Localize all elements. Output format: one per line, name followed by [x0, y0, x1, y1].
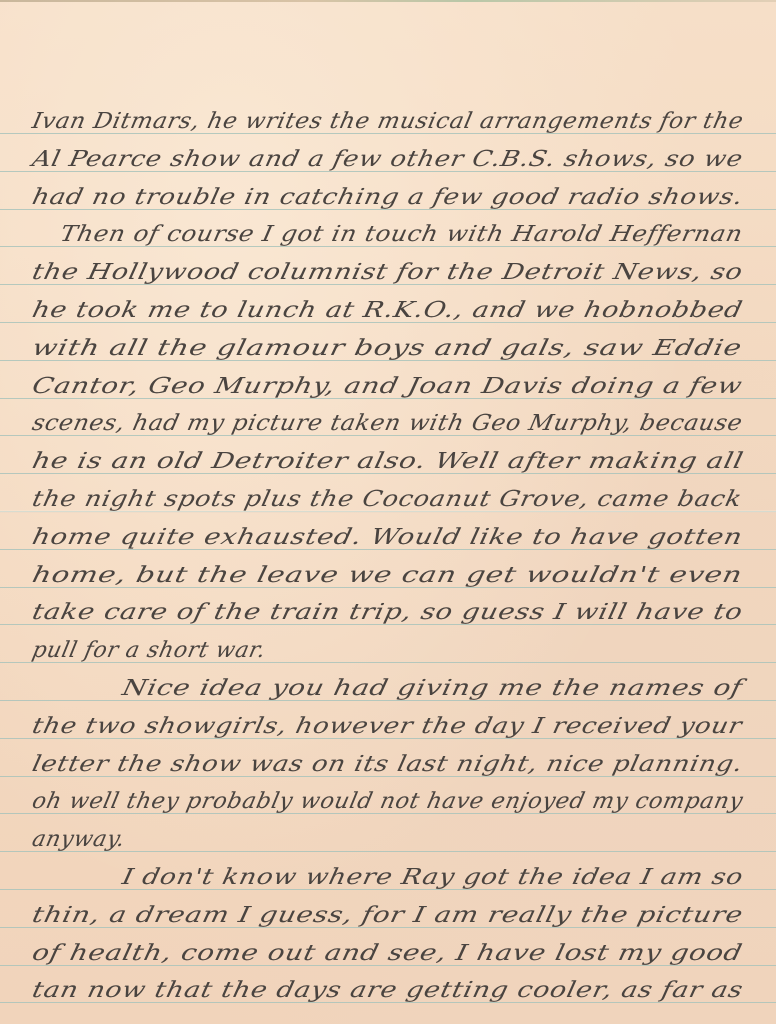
handwritten-line: pull for a short war. [30, 640, 268, 662]
handwritten-line: Al Pearce show and a few other C.B.S. sh… [30, 149, 745, 171]
handwritten-line: the two showgirls, however the day I rec… [30, 716, 744, 738]
handwritten-line: oh well they probably would not have enj… [30, 791, 745, 813]
handwritten-line: Cantor, Geo Murphy, and Joan Davis doing… [30, 376, 744, 398]
handwritten-line: the Hollywood columnist for the Detroit … [30, 262, 745, 284]
handwritten-line: take care of the train trip, so guess I … [30, 602, 745, 624]
handwritten-line: tan now that the days are getting cooler… [30, 980, 745, 1002]
handwritten-line: of health, come out and see, I have lost… [30, 943, 744, 965]
handwritten-line: letter the show was on its last night, n… [30, 754, 745, 776]
handwritten-line: Nice idea you had giving me the names of [120, 678, 744, 700]
handwritten-line: scenes, had my picture taken with Geo Mu… [30, 413, 744, 435]
handwritten-line: I don't know where Ray got the idea I am… [120, 867, 745, 889]
handwritten-line: he is an old Detroiter also. Well after … [30, 451, 745, 473]
handwritten-line: had no trouble in catching a few good ra… [30, 187, 745, 209]
handwritten-line: home quite exhausted. Would like to have… [30, 527, 744, 549]
handwritten-line: home, but the leave we can get wouldn't … [30, 565, 744, 587]
handwritten-line: Ivan Ditmars, he writes the musical arra… [30, 111, 745, 133]
handwritten-line: he took me to lunch at R.K.O., and we ho… [30, 300, 745, 322]
handwritten-line: with all the glamour boys and gals, saw … [30, 338, 744, 360]
handwritten-line: anyway. [30, 829, 127, 851]
handwritten-line: Then of course I got in touch with Harol… [58, 224, 745, 246]
handwritten-line: thin, a dream I guess, for I am really t… [30, 905, 745, 927]
handwritten-text: Ivan Ditmars, he writes the musical arra… [0, 0, 776, 1024]
handwritten-line: the night spots plus the Cocoanut Grove,… [30, 489, 744, 511]
letter-page: Ivan Ditmars, he writes the musical arra… [0, 0, 776, 1024]
